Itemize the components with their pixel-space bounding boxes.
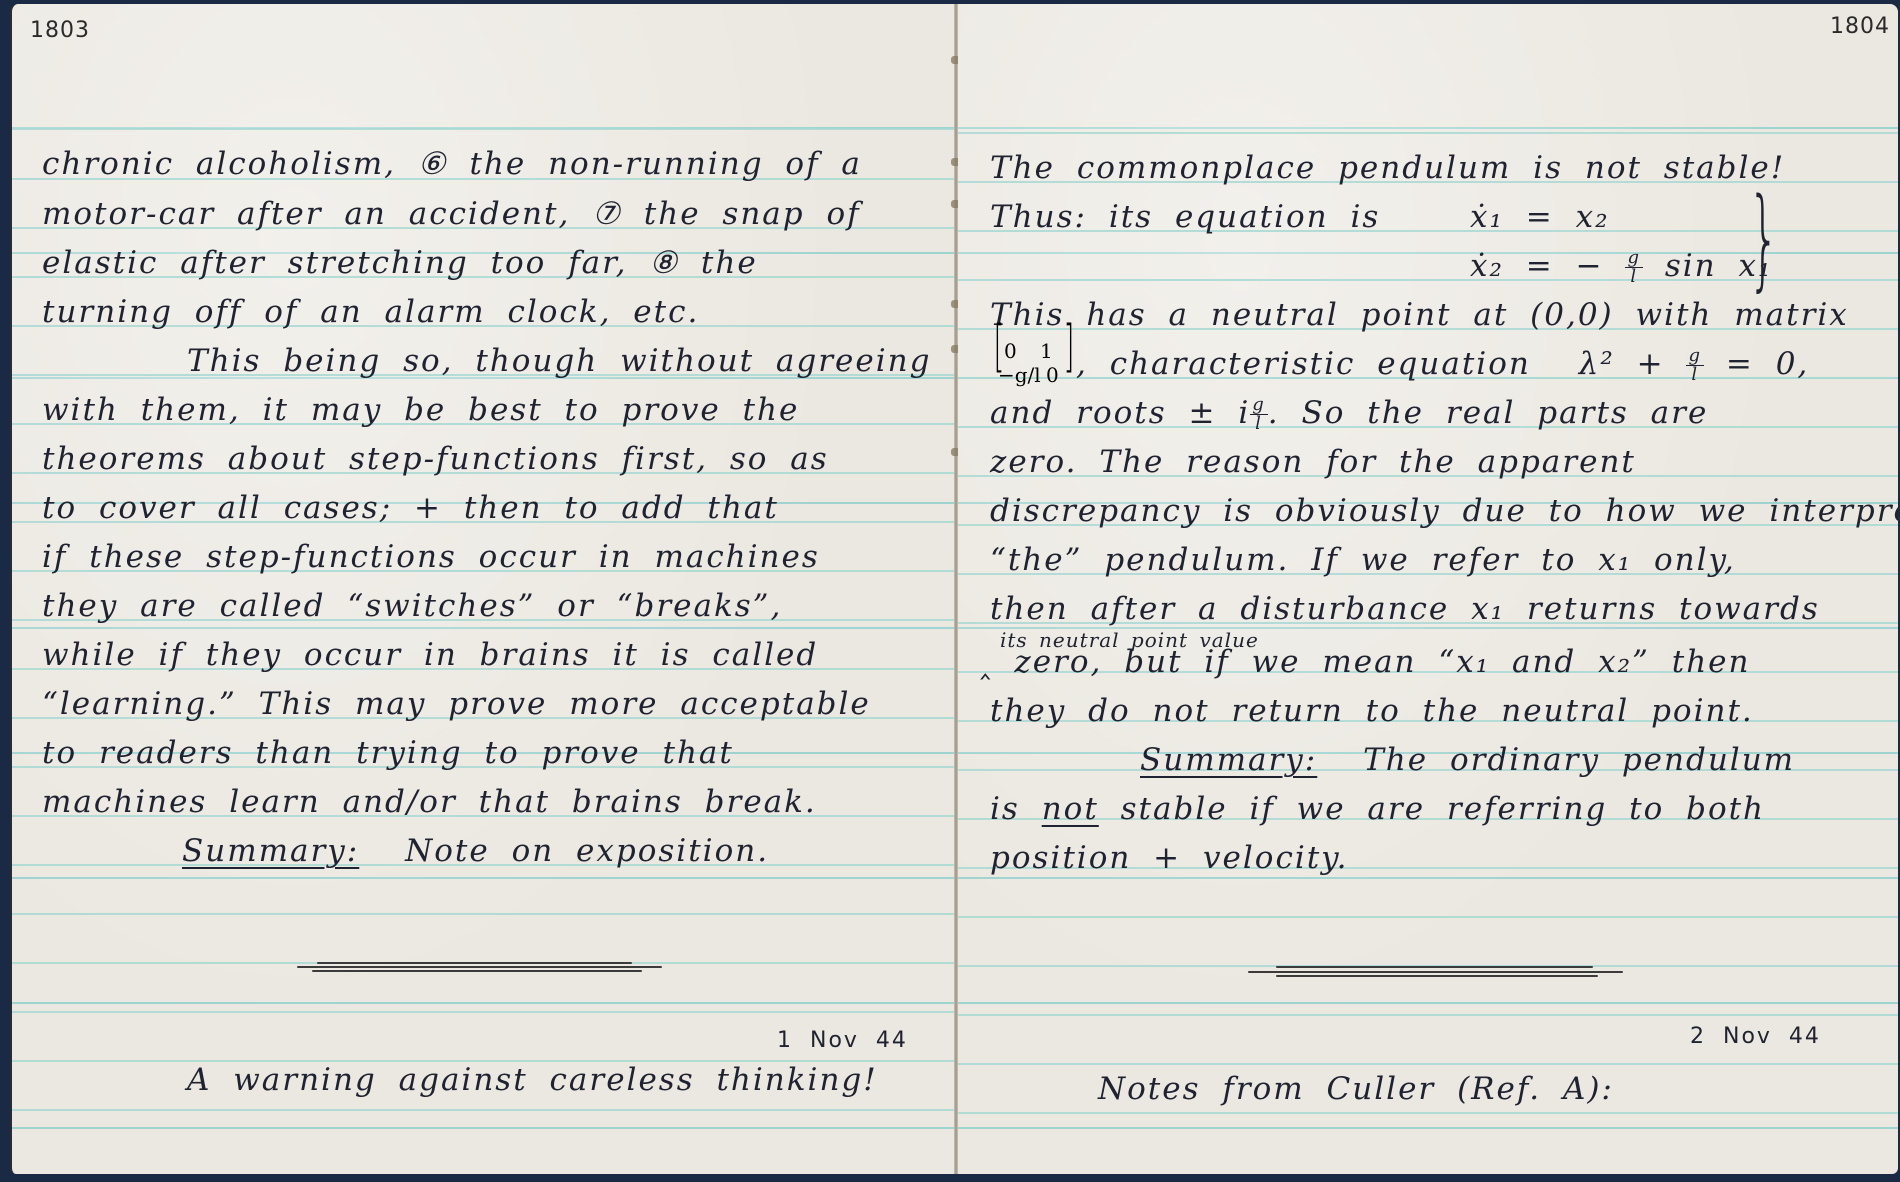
left-page: 1803 chronic alcoholism, ⑥ the non-runni… — [10, 4, 956, 1174]
text-line: to readers than trying to prove that — [42, 735, 734, 771]
text-line: they do not return to the neutral point. — [990, 693, 1754, 729]
entry-date: 2 Nov 44 — [1690, 1024, 1821, 1049]
text-line: is not stable if we are referring to bot… — [990, 791, 1765, 827]
text-line: then after a disturbance x₁ returns towa… — [990, 591, 1820, 627]
text-line: with them, it may be best to prove the — [42, 392, 799, 428]
text-line: This has a neutral point at (0,0) with m… — [990, 297, 1849, 333]
emphasized-word: not — [1042, 791, 1099, 827]
right-brace-icon: } — [1748, 174, 1780, 302]
text-line: “the” pendulum. If we refer to x₁ only, — [990, 542, 1736, 578]
summary-line: Summary: The ordinary pendulum — [1140, 742, 1795, 778]
roots-suffix: . So the real parts are — [1268, 395, 1709, 431]
text-line: chronic alcoholism, ⑥ the non-running of… — [42, 146, 862, 182]
text-line: The commonplace pendulum is not stable! — [990, 150, 1785, 186]
text-line: zero. The reason for the apparent — [990, 444, 1636, 480]
entry-heading: A warning against careless thinking! — [187, 1062, 878, 1098]
equation-1: ẋ₁ = x₂ — [1470, 199, 1610, 235]
matrix-cell: 1 — [1040, 340, 1053, 362]
text-line: motor-car after an accident, ⑦ the snap … — [42, 196, 861, 232]
fraction-g-over-l: gl — [1625, 249, 1643, 286]
page-number: 1803 — [30, 18, 90, 43]
text-line: discrepancy is obviously due to how we i… — [990, 493, 1898, 529]
summary-text: Note on exposition. — [405, 833, 769, 869]
page-number: 1804 — [1830, 14, 1890, 39]
text-line: This being so, though without agreeing — [187, 343, 931, 379]
text-line: elastic after stretching too far, ⑧ the — [42, 245, 758, 281]
section-divider — [1248, 966, 1623, 976]
text-line: , characteristic equation λ² + gl = 0, — [1076, 346, 1809, 384]
text-line: machines learn and/or that brains break. — [42, 784, 817, 820]
text-line: if these step-functions occur in machine… — [42, 539, 820, 575]
text-fragment: stable if we are referring to both — [1099, 791, 1765, 827]
characteristic-equation: λ² + gl = 0, — [1579, 346, 1810, 382]
text-line: theorems about step-functions first, so … — [42, 441, 829, 477]
section-divider — [297, 962, 662, 972]
text-line: ‸ zero, but if we mean “x₁ and x₂” then — [980, 644, 1750, 680]
roots-fraction: gl — [1250, 396, 1268, 433]
equation-2: ẋ₂ = − gl sin x₁ — [1470, 248, 1772, 286]
text-line: position + velocity. — [990, 840, 1348, 876]
char-eq-label: , characteristic equation — [1076, 346, 1531, 382]
roots-label: and roots ± i — [990, 395, 1250, 431]
text-line: and roots ± igl. So the real parts are — [990, 395, 1708, 433]
text-line: “learning.” This may prove more acceptab… — [42, 686, 871, 722]
text-line: while if they occur in brains it is call… — [42, 637, 818, 673]
summary-label: Summary: — [1140, 742, 1317, 778]
summary-label: Summary: — [182, 833, 359, 869]
entry-date: 1 Nov 44 — [777, 1028, 908, 1053]
summary-line: Summary: Note on exposition. — [182, 833, 769, 869]
right-page: 1804 The commonplace pendulum is not sta… — [958, 4, 1898, 1174]
entry-heading: Notes from Culler (Ref. A): — [1098, 1071, 1614, 1107]
equation-2-lhs: ẋ₂ = − — [1470, 248, 1604, 284]
matrix-cell: 0 — [1004, 340, 1017, 362]
matrix-cell: −g/l — [998, 364, 1041, 386]
matrix: [ 0 1 −g/l 0 ] — [988, 340, 1078, 390]
matrix-cell: 0 — [1046, 364, 1059, 386]
text-line: to cover all cases; + then to add that — [42, 490, 779, 526]
text-line: they are called “switches” or “breaks”, — [42, 588, 782, 624]
text-fragment: is — [990, 791, 1042, 827]
text-line: turning off of an alarm clock, etc. — [42, 294, 699, 330]
summary-text: The ordinary pendulum — [1363, 742, 1795, 778]
text-line: Thus: its equation is — [990, 199, 1380, 235]
